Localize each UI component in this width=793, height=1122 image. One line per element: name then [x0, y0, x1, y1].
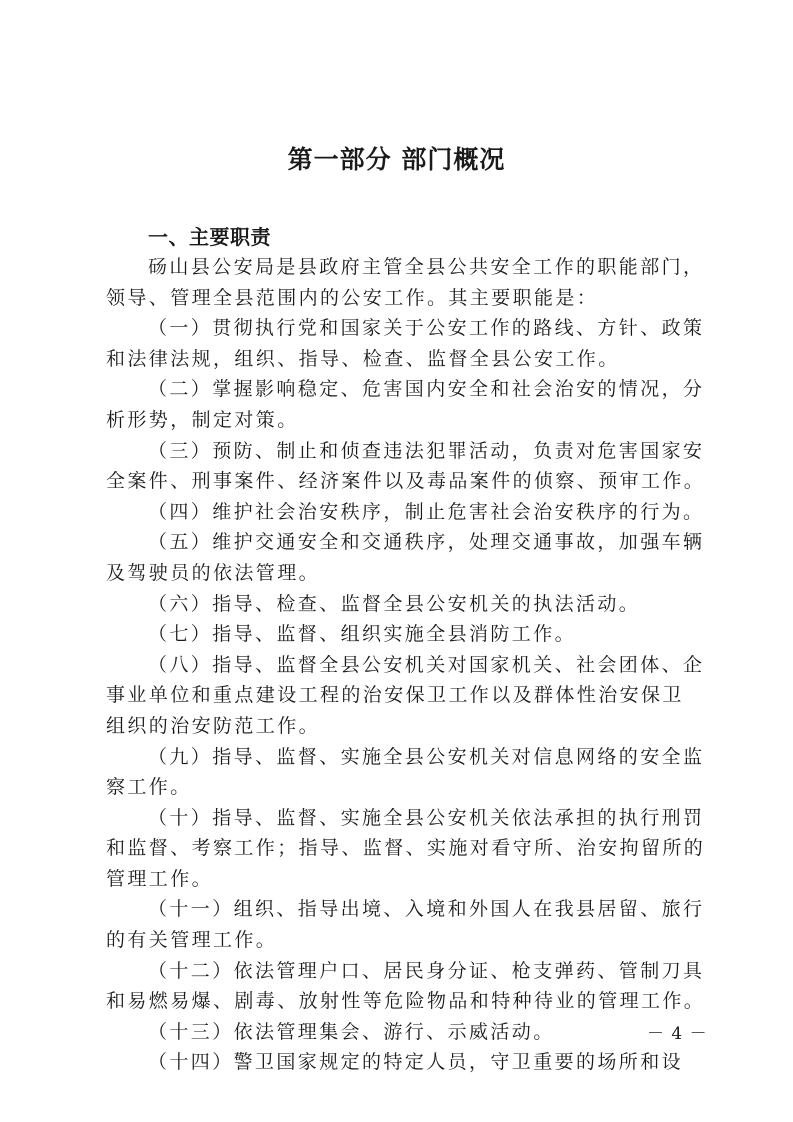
text-line: （六）指导、检查、监督全县公安机关的执法活动。 [106, 589, 700, 620]
text-line: 的有关管理工作。 [106, 925, 700, 956]
page-number: － 4 － [647, 1022, 708, 1046]
text-line: 领导、管理全县范围内的公安工作。其主要职能是： [106, 283, 700, 314]
page-title: 第一部分 部门概况 [0, 143, 793, 177]
text-line: （三）预防、制止和侦查违法犯罪活动，负责对危害国家安 [106, 436, 700, 467]
text-line: （一）贯彻执行党和国家关于公安工作的路线、方针、政策 [106, 313, 700, 344]
text-line: （四）维护社会治安秩序，制止危害社会治安秩序的行为。 [106, 497, 700, 528]
text-line: （七）指导、监督、组织实施全县消防工作。 [106, 619, 700, 650]
text-line: 管理工作。 [106, 864, 700, 895]
text-line: 砀山县公安局是县政府主管全县公共安全工作的职能部门， [106, 252, 700, 283]
text-line: （二）掌握影响稳定、危害国内安全和社会治安的情况，分 [106, 374, 700, 405]
text-line: （九）指导、监督、实施全县公安机关对信息网络的安全监 [106, 742, 700, 773]
text-line: 组织的治安防范工作。 [106, 711, 700, 742]
text-line: （十一）组织、指导出境、入境和外国人在我县居留、旅行 [106, 894, 700, 925]
text-line: （十）指导、监督、实施全县公安机关依法承担的执行刑罚 [106, 803, 700, 834]
text-line: （八）指导、监督全县公安机关对国家机关、社会团体、企 [106, 650, 700, 681]
paragraph-lines: 砀山县公安局是县政府主管全县公共安全工作的职能部门，领导、管理全县范围内的公安工… [106, 252, 700, 1078]
text-line: 事业单位和重点建设工程的治安保卫工作以及群体性治安保卫 [106, 680, 700, 711]
document-body: 一、主要职责 砀山县公安局是县政府主管全县公共安全工作的职能部门，领导、管理全县… [106, 222, 700, 1078]
text-line: （十四）警卫国家规定的特定人员，守卫重要的场所和设 [106, 1047, 700, 1078]
text-line: 和监督、考察工作；指导、监督、实施对看守所、治安拘留所的 [106, 833, 700, 864]
text-line: 和易燃易爆、剧毒、放射性等危险物品和特种待业的管理工作。 [106, 986, 700, 1017]
text-line: 及驾驶员的依法管理。 [106, 558, 700, 589]
text-line: （十二）依法管理户口、居民身分证、枪支弹药、管制刀具 [106, 956, 700, 987]
text-line: （五）维护交通安全和交通秩序，处理交通事故，加强车辆 [106, 527, 700, 558]
text-line: 察工作。 [106, 772, 700, 803]
text-line: 析形势，制定对策。 [106, 405, 700, 436]
text-line: 和法律法规，组织、指导、检查、监督全县公安工作。 [106, 344, 700, 375]
text-line: （十三）依法管理集会、游行、示威活动。 [106, 1017, 700, 1048]
text-line: 全案件、刑事案件、经济案件以及毒品案件的侦察、预审工作。 [106, 466, 700, 497]
document-page: 第一部分 部门概况 一、主要职责 砀山县公安局是县政府主管全县公共安全工作的职能… [0, 0, 793, 1122]
section-heading: 一、主要职责 [148, 222, 700, 252]
